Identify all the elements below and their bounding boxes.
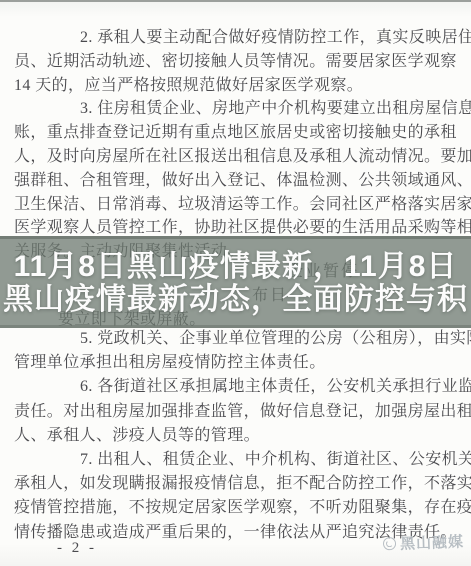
document-line: 人、承租人、涉疫人员等的管理。	[14, 424, 456, 448]
document-line: 账，重点排查登记近期有重点地区旅居史或密切接触史的承租	[14, 121, 456, 145]
document-line: 疫情管控措施，不按规定居家医学观察，不听劝阻聚集，存在疫	[14, 496, 456, 520]
document-line: 7. 出租人、租赁企业、中介机构、街道社区、公安机关、	[14, 448, 456, 472]
headline-overlay-banner: 11月8日黑山疫情最新，11月8日 黑山疫情最新动态，全面防控与积	[0, 236, 471, 328]
document-line: 14 天的，应当严格按照规范做好居家医学观察。	[14, 74, 456, 98]
document-line: 员、近期活动轨迹、密切接触人员等情况。需要居家医学观察	[14, 50, 456, 74]
document-line: 6. 各街道社区承担属地主体责任，公安机关承担行业监管	[14, 375, 456, 399]
watermark-label: 黑山融媒	[400, 531, 465, 554]
headline-line-2: 黑山疫情最新动态，全面防控与积	[3, 284, 468, 316]
document-photo: 2. 承租人要主动配合做好疫情防控工作，真实反映居住人员、近期活动轨迹、密切接触…	[0, 0, 471, 566]
page-number: - 2 -	[57, 540, 97, 557]
document-text-upper: 2. 承租人要主动配合做好疫情防控工作，真实反映居住人员、近期活动轨迹、密切接触…	[14, 26, 456, 264]
document-line: 5. 党政机关、企事业单位管理的公房（公租房），由实际	[14, 327, 456, 351]
document-line: 责任。对出租房屋加强排查监管，做好信息登记，加强房屋出租	[14, 400, 456, 424]
document-line: 2. 承租人要主动配合做好疫情防控工作，真实反映居住人	[14, 26, 456, 50]
photo-top-edge	[0, 0, 471, 2]
document-line: 强群租、合租管理，做好出入登记、体温检测、公共领域通风、	[14, 169, 456, 193]
document-line: 承租人，如发现瞒报漏报疫情信息，拒不配合防控工作，不落实	[14, 472, 456, 496]
document-line: 管理单位承担出租房屋疫情防控主体责任。	[14, 351, 456, 375]
document-text-lower: 5. 党政机关、企事业单位管理的公房（公租房），由实际管理单位承担出租房屋疫情防…	[14, 327, 456, 545]
media-logo-icon	[383, 537, 396, 550]
watermark: 黑山融媒	[383, 531, 465, 555]
headline-line-1: 11月8日黑山疫情最新，11月8日	[14, 251, 458, 283]
document-line: 人，及时向房屋所在社区报送出租信息及承租人流动情况。要加	[14, 145, 456, 169]
document-line: 卫生保洁、日常消毒、垃圾清运等工作。会同社区严格落实居家	[14, 193, 456, 217]
document-line: 3. 住房租赁企业、房地产中介机构要建立出租房屋信息台	[14, 97, 456, 121]
